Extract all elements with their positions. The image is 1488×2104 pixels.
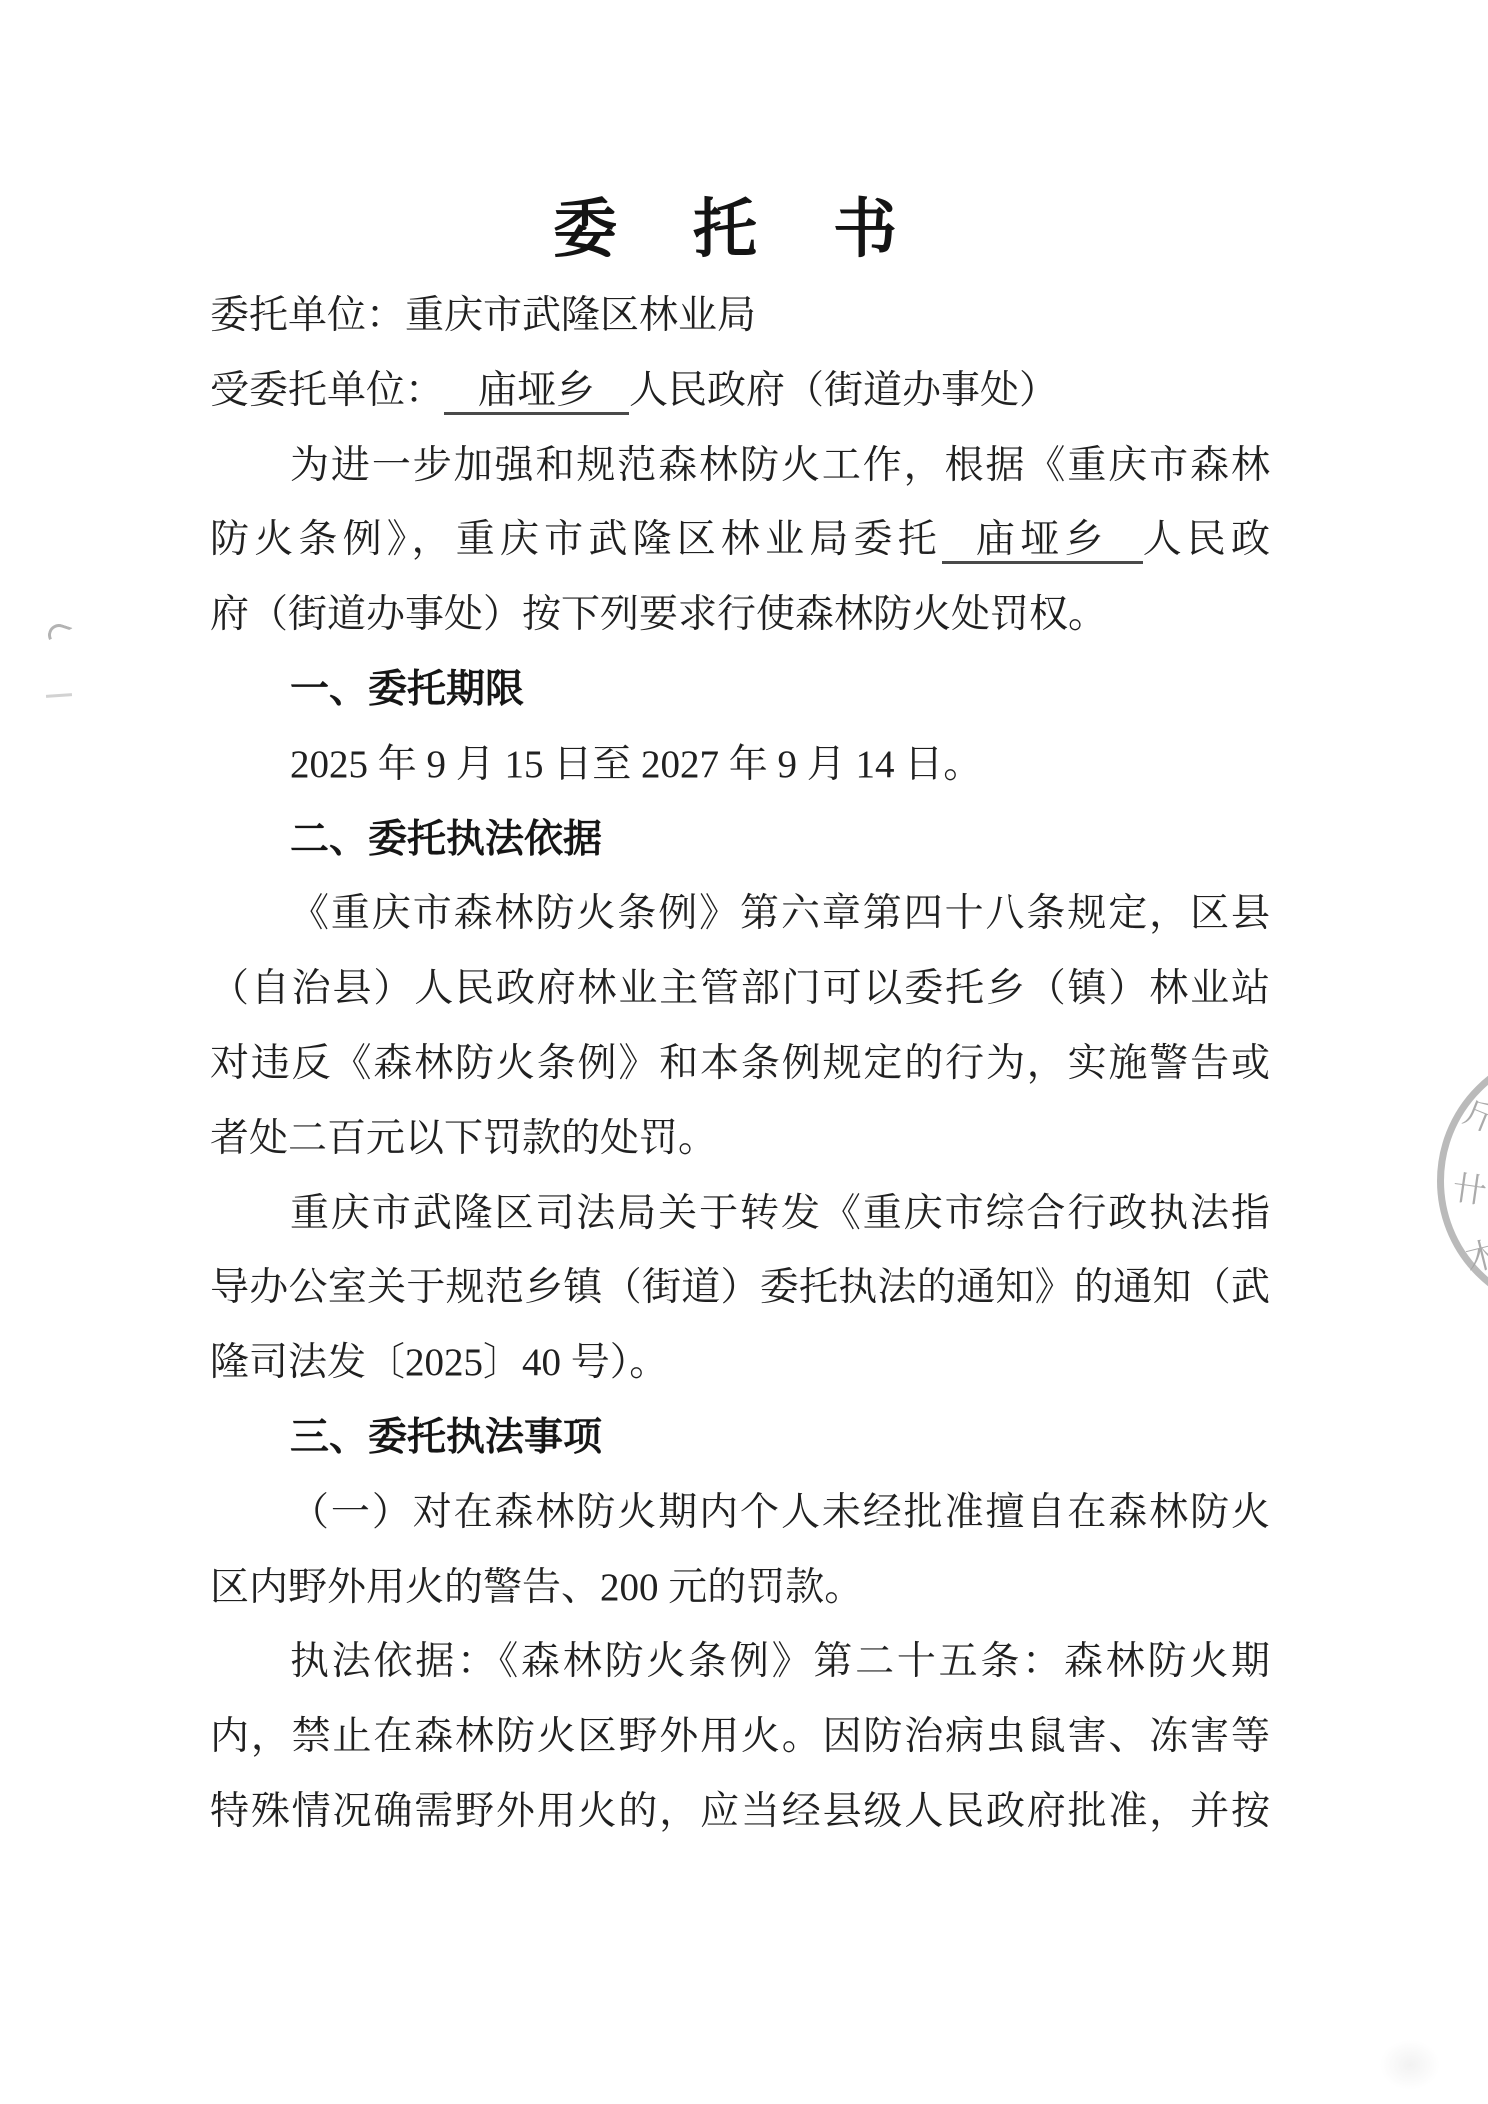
- text-segment: 为进一步加强和规范森林防火工作，根据《重庆市森林: [290, 444, 1270, 487]
- seal-glyph: 斤: [1457, 1084, 1488, 1142]
- text-segment: 防火条例》，重庆市武隆区林业局委托: [210, 518, 942, 561]
- document-line: 执法依据：《森林防火条例》第二十五条：森林防火期: [210, 1636, 1270, 1692]
- document-line: 对违反《森林防火条例》和本条例规定的行为，实施警告或: [210, 1038, 1270, 1094]
- text-segment: 二、委托执法依据: [290, 818, 602, 861]
- text-segment: 委托单位：重庆市武隆区林业局: [210, 294, 756, 337]
- seal-ring: [1437, 1047, 1488, 1315]
- fill-in-blank-underlined: 庙垭乡: [942, 518, 1143, 564]
- document-line: 为进一步加强和规范森林防火工作，根据《重庆市森林: [210, 440, 1270, 496]
- text-segment: 府（街道办事处）按下列要求行使森林防火处罚权。: [210, 593, 1107, 636]
- text-segment: （自治县）人民政府林业主管部门可以委托乡（镇）林业站: [210, 967, 1270, 1010]
- document-line: 2025 年 9 月 15 日至 2027 年 9 月 14 日。: [210, 739, 1270, 795]
- document-line: 委托单位：重庆市武隆区林业局: [210, 290, 1270, 346]
- seal-glyph: 卄: [1450, 1160, 1488, 1213]
- scan-artifact: [1380, 2040, 1440, 2090]
- section-heading: 三、委托执法事项: [210, 1412, 1270, 1468]
- document-line: 内，禁止在森林防火区野外用火。因防治病虫鼠害、冻害等: [210, 1711, 1270, 1767]
- document-title: 委 托 书: [210, 178, 1270, 270]
- scan-artifact: [45, 621, 73, 649]
- partial-seal-stamp: 斤 卄 木: [1437, 1047, 1488, 1313]
- text-segment: 人民政府（街道办事处）: [629, 369, 1058, 412]
- section-heading: 二、委托执法依据: [210, 814, 1270, 870]
- fill-in-blank-underlined: 庙垭乡: [444, 369, 629, 415]
- text-segment: 重庆市武隆区司法局关于转发《重庆市综合行政执法指: [290, 1192, 1270, 1235]
- document-line: （自治县）人民政府林业主管部门可以委托乡（镇）林业站: [210, 963, 1270, 1019]
- document-line: 隆司法发〔2025〕40 号）。: [210, 1337, 1270, 1393]
- text-segment: 《重庆市森林防火条例》第六章第四十八条规定，区县: [290, 892, 1270, 935]
- document-line: 防火条例》，重庆市武隆区林业局委托庙垭乡人民政: [210, 514, 1270, 570]
- text-segment: 导办公室关于规范乡镇（街道）委托执法的通知》的通知（武: [210, 1266, 1270, 1309]
- text-segment: 隆司法发〔2025〕40 号）。: [210, 1341, 668, 1384]
- document-line: 导办公室关于规范乡镇（街道）委托执法的通知》的通知（武: [210, 1262, 1270, 1318]
- section-heading: 一、委托期限: [210, 664, 1270, 720]
- document-line: 受委托单位：庙垭乡人民政府（街道办事处）: [210, 365, 1270, 421]
- document-line: 重庆市武隆区司法局关于转发《重庆市综合行政执法指: [210, 1188, 1270, 1244]
- text-segment: （一）对在森林防火期内个人未经批准擅自在森林防火: [290, 1491, 1270, 1534]
- scan-artifact: [46, 693, 72, 698]
- document-line: 区内野外用火的警告、200 元的罚款。: [210, 1562, 1270, 1618]
- document-line: 《重庆市森林防火条例》第六章第四十八条规定，区县: [210, 888, 1270, 944]
- text-segment: 者处二百元以下罚款的处罚。: [210, 1117, 717, 1160]
- text-segment: 执法依据：《森林防火条例》第二十五条：森林防火期: [290, 1640, 1270, 1683]
- document-line: 者处二百元以下罚款的处罚。: [210, 1113, 1270, 1169]
- document-page: 委 托 书 委托单位：重庆市武隆区林业局受委托单位：庙垭乡人民政府（街道办事处）…: [0, 0, 1488, 2104]
- text-segment: 内，禁止在森林防火区野外用火。因防治病虫鼠害、冻害等: [210, 1715, 1270, 1758]
- text-segment: 一、委托期限: [290, 668, 524, 711]
- document-line: 特殊情况确需野外用火的，应当经县级人民政府批准，并按: [210, 1786, 1270, 1842]
- document-line: 府（街道办事处）按下列要求行使森林防火处罚权。: [210, 589, 1270, 645]
- text-segment: 2025 年 9 月 15 日至 2027 年 9 月 14 日。: [290, 743, 982, 786]
- text-segment: 三、委托执法事项: [290, 1416, 602, 1459]
- text-segment: 人民政: [1143, 518, 1270, 561]
- text-segment: 对违反《森林防火条例》和本条例规定的行为，实施警告或: [210, 1042, 1270, 1085]
- text-segment: 特殊情况确需野外用火的，应当经县级人民政府批准，并按: [210, 1790, 1270, 1833]
- document-line: （一）对在森林防火期内个人未经批准擅自在森林防火: [210, 1487, 1270, 1543]
- text-segment: 区内野外用火的警告、200 元的罚款。: [210, 1566, 863, 1609]
- text-segment: 受委托单位：: [210, 369, 444, 412]
- seal-glyph: 木: [1460, 1226, 1488, 1282]
